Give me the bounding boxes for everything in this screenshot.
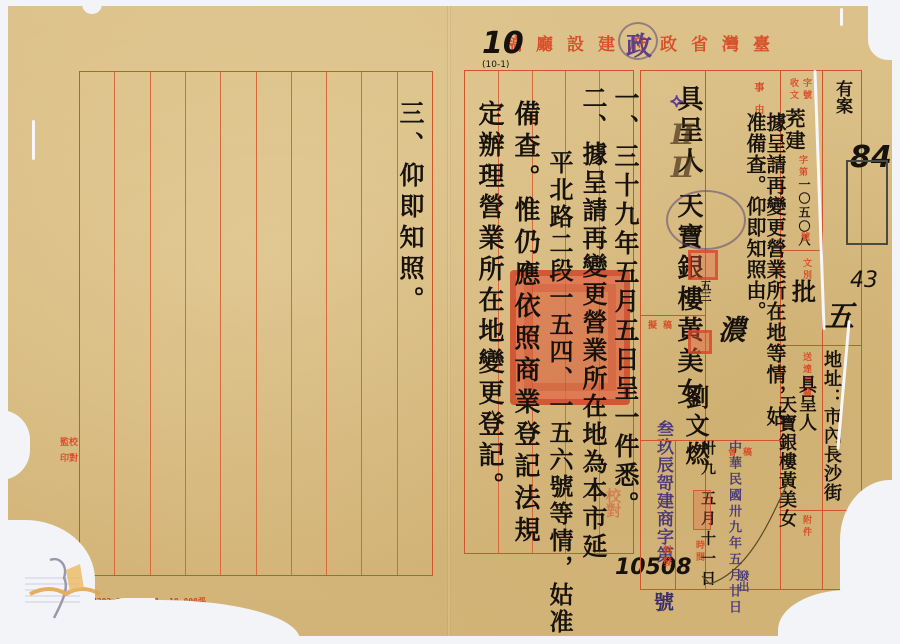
doc-number-word: 字第	[796, 155, 809, 179]
label-attachment: 附件	[800, 515, 813, 539]
doc-number-prefix: 茺建	[784, 108, 804, 152]
left-margin-label: 監校印對	[60, 435, 82, 467]
side-annotation: 五三	[700, 280, 711, 302]
label-doc-number: 字號	[800, 78, 813, 102]
small-red-seal-1	[688, 250, 718, 280]
label-draft: 擬稿	[648, 318, 678, 331]
round-seal-header	[618, 22, 658, 60]
document-header-title: 臺灣省政府建設廳稿	[505, 30, 835, 55]
brown-signature: ⅡⅡ	[668, 118, 696, 184]
body-line-4: 平北路二段一五四、一五六號等情，姑准	[547, 150, 571, 636]
body-line-5: 備查。惟仍應依照商業登記法規	[512, 100, 538, 548]
margin-box	[846, 160, 888, 245]
label-receipt: 收文	[787, 78, 800, 102]
small-red-seal-2	[688, 330, 712, 354]
margin-note-43: 43	[850, 268, 878, 293]
left-ruled-page	[79, 71, 433, 576]
recipient-address: 地址：市內長沙街	[822, 350, 840, 502]
doc-number-suffix: 號	[798, 232, 811, 244]
margin-note-on-file: 有案	[833, 80, 850, 114]
round-seal-purple	[666, 190, 746, 250]
approval-signature: 濃	[716, 315, 744, 343]
page-number-small: (10-1)	[482, 60, 509, 70]
subject-text: 據呈請再變更營業所在地等情，姑准備查。仰即知照由。	[745, 112, 785, 442]
hand-number-suffix: 號	[654, 586, 674, 615]
body-line-7: 三、仰即知照。	[398, 100, 423, 317]
body-line-3: 二、據呈請再變更營業所在地為本市延	[581, 85, 606, 561]
faded-red-seal: 校對	[605, 488, 620, 518]
purple-signature-stamp: ⟡	[670, 88, 683, 112]
body-line-2: 一、三十九年五月五日呈一件悉。	[613, 85, 638, 520]
archive-logo-icon	[20, 548, 110, 628]
doc-type-value: 批	[792, 272, 816, 307]
body-line-6: 定辦理營業所在地變更登記。	[476, 100, 502, 503]
pencil-curve-stroke	[700, 480, 790, 590]
page-number-handwritten: 10	[482, 26, 524, 61]
page-fold	[447, 6, 451, 636]
recipient-title: 具呈人	[797, 375, 815, 432]
label-seal-issue: 封發	[660, 545, 673, 569]
